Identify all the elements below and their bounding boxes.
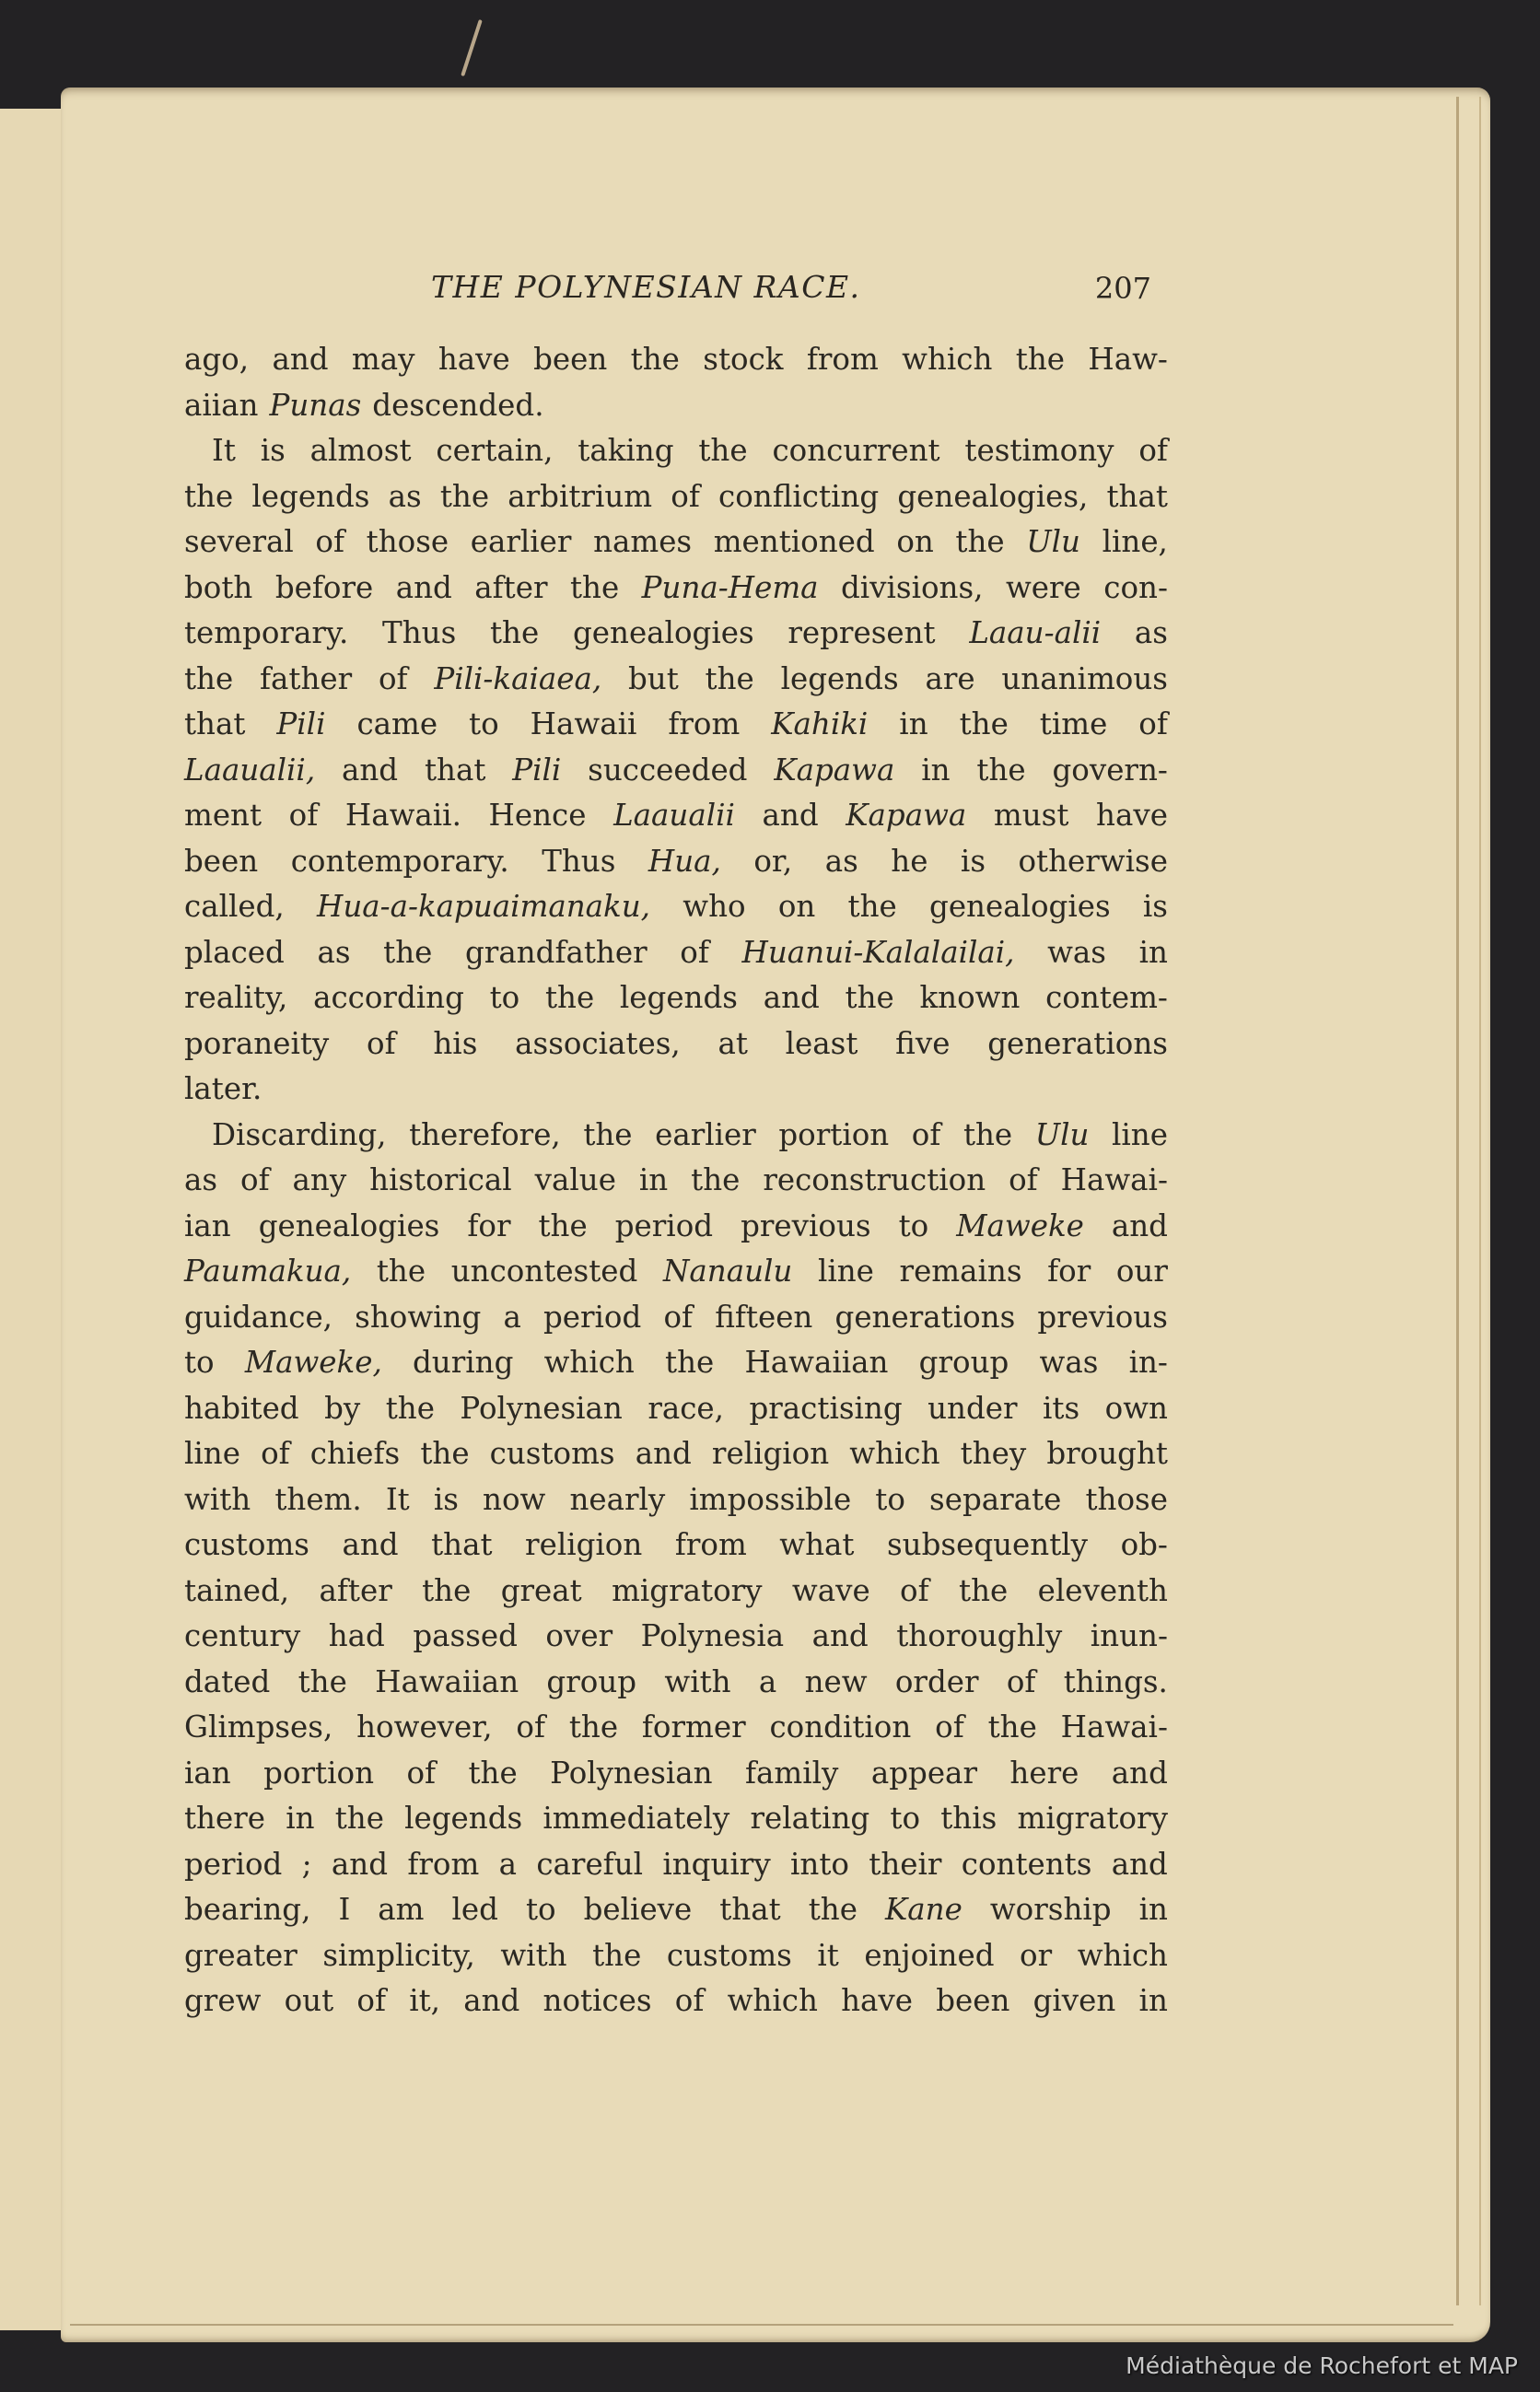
text-line: Glimpses,however,oftheformerconditionoft… [184,1705,1168,1751]
text-line: thefatherofPili-kaiaea,butthelegendsareu… [184,657,1168,703]
text-line: iangenealogiesfortheperiodprevioustoMawe… [184,1204,1168,1250]
text-line: thelegendsasthearbitriumofconflictinggen… [184,474,1168,520]
text-line: aiianPunasdescended. [184,383,1168,429]
text-line: Laaualii,andthatPilisucceededKapawainthe… [184,748,1168,794]
text-line: lineofchiefsthecustomsandreligionwhichth… [184,1431,1168,1477]
page-edge-bottom [70,2324,1453,2326]
text-line: bothbeforeandafterthePuna-Hemadivisions,… [184,566,1168,612]
text-line: thereinthelegendsimmediatelyrelatingtoth… [184,1796,1168,1842]
text-line: greatersimplicity,withthecustomsitenjoin… [184,1933,1168,1979]
text-line: asofanyhistoricalvalueinthereconstructio… [184,1158,1168,1204]
text-line: severalofthoseearliernamesmentionedonthe… [184,519,1168,566]
text-line: guidance,showingaperiodoffifteengenerati… [184,1295,1168,1341]
text-line: reality,accordingtothelegendsandtheknown… [184,975,1168,1021]
text-line: period;andfromacarefulinquiryintotheirco… [184,1842,1168,1888]
running-title: THE POLYNESIAN RACE. [431,269,861,305]
text-line: withthem.Itisnownearlyimpossibletosepara… [184,1477,1168,1523]
text-line: bearing,IamledtobelievethattheKaneworshi… [184,1887,1168,1933]
text-line: poraneityofhisassociates,atleastfivegene… [184,1021,1168,1068]
page-edge-right [1456,97,1481,2305]
text-line: toMaweke,duringwhichtheHawaiiangroupwasi… [184,1340,1168,1386]
text-line: centuryhadpassedoverPolynesiaandthorough… [184,1614,1168,1660]
text-line: mentofHawaii.HenceLaaualiiandKapawamusth… [184,793,1168,839]
running-head: THE POLYNESIAN RACE. 207 [184,269,1168,306]
text-line: tained,afterthegreatmigratorywaveoftheel… [184,1569,1168,1615]
watermark: Médiathèque de Rochefort et MAP [1126,2352,1518,2379]
text-line: temporary.ThusthegenealogiesrepresentLaa… [184,611,1168,657]
text-line: grewoutofit,andnoticesofwhichhavebeengiv… [184,1978,1168,2024]
page-number: 207 [1095,271,1151,306]
text-line: ago,andmayhavebeenthestockfromwhichtheHa… [184,337,1168,383]
text-line: datedtheHawaiiangroupwithaneworderofthin… [184,1660,1168,1706]
text-line: placedasthegrandfatherofHuanui-Kalalaila… [184,930,1168,976]
text-line: thatPilicametoHawaiifromKahikiinthetimeo… [184,702,1168,748]
text-line: beencontemporary.ThusHua,or,asheisotherw… [184,839,1168,885]
text-line: called,Hua-a-kapuaimanaku,whoonthegeneal… [184,884,1168,930]
text-line: habitedbythePolynesianrace,practisingund… [184,1386,1168,1432]
text-line: Discarding,therefore,theearlierportionof… [184,1113,1168,1159]
body-text: ago,andmayhavebeenthestockfromwhichtheHa… [184,337,1168,2024]
text-line: Itisalmostcertain,takingtheconcurrenttes… [184,428,1168,474]
text-line: later. [184,1067,1168,1113]
text-line: Paumakua,theuncontestedNanaululineremain… [184,1249,1168,1295]
text-line: customsandthatreligionfromwhatsubsequent… [184,1523,1168,1569]
text-line: ianportionofthePolynesianfamilyappearher… [184,1751,1168,1797]
bookmark-ribbon [461,19,483,76]
